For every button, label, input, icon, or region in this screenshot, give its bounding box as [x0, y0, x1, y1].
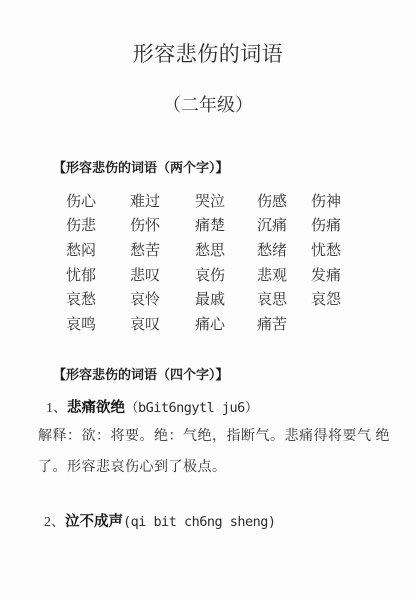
- word-item: 哭泣: [195, 190, 257, 211]
- document-page: 形容悲伤的词语 （二年级） 【形容悲伤的词语（两个字）】 伤心 难过 哭泣 伤感…: [0, 0, 416, 600]
- word-item: 痛苦: [257, 313, 311, 334]
- word-item: 难过: [130, 190, 195, 211]
- idiom-word: 泣不成声: [65, 514, 123, 530]
- word-item: 哀怨: [311, 288, 341, 309]
- word-item: 发痛: [311, 264, 341, 285]
- word-item: 痛楚: [195, 214, 257, 235]
- word-row: 哀鸣 哀叹 痛心 痛苦: [66, 311, 341, 336]
- word-item: 忧愁: [311, 239, 341, 260]
- idiom-explanation: 解释：欲：将要。绝：气绝，指断气。悲痛得将要气 绝了。形容悲哀伤心到了极点。: [38, 421, 396, 483]
- idiom-entry-2: 2、泣不成声(qi bit ch6ng sheng): [44, 510, 276, 531]
- idiom-pinyin: （bGit6ngytl ju6）: [125, 400, 258, 416]
- word-item: 伤心: [66, 190, 130, 211]
- word-row: 伤悲 伤怀 痛楚 沉痛 伤痛: [66, 213, 341, 238]
- word-row: 愁闷 愁苦 愁思 愁绪 忧愁: [66, 237, 341, 262]
- idiom-entry-1: 1、悲痛欲绝（bGit6ngytl ju6）: [46, 396, 258, 417]
- word-item: 伤痛: [311, 214, 341, 235]
- idiom-word: 悲痛欲绝: [67, 400, 125, 416]
- word-item: 伤感: [257, 190, 311, 211]
- word-item: 哀怜: [130, 288, 195, 309]
- section-heading-four-char: 【形容悲伤的词语（四个字）】: [53, 364, 229, 383]
- word-item: 愁思: [195, 239, 257, 260]
- word-item: 哀愁: [66, 288, 130, 309]
- word-item: 哀鸣: [66, 313, 130, 334]
- word-row: 忧郁 悲叹 哀伤 悲观 发痛: [66, 262, 341, 287]
- word-item: 伤悲: [66, 214, 130, 235]
- idiom-number: 1、: [46, 401, 67, 416]
- word-item: 痛心: [195, 313, 257, 334]
- word-row: 哀愁 哀怜 最戚 哀思 哀怨: [66, 286, 341, 311]
- word-item: 伤神: [311, 190, 341, 211]
- word-item: 哀叹: [130, 313, 195, 334]
- word-item: 愁闷: [66, 239, 130, 260]
- word-item: 哀思: [257, 288, 311, 309]
- page-title: 形容悲伤的词语: [0, 38, 416, 68]
- page-subtitle: （二年级）: [0, 91, 416, 117]
- word-item: 愁绪: [257, 239, 311, 260]
- word-item: 悲观: [257, 264, 311, 285]
- word-item: 悲叹: [130, 264, 195, 285]
- word-item: 愁苦: [130, 239, 195, 260]
- two-char-word-grid: 伤心 难过 哭泣 伤感 伤神 伤悲 伤怀 痛楚 沉痛 伤痛 愁闷 愁苦 愁思 愁…: [66, 188, 341, 336]
- word-item: 忧郁: [66, 264, 130, 285]
- word-row: 伤心 难过 哭泣 伤感 伤神: [66, 188, 341, 213]
- word-item: 哀伤: [195, 264, 257, 285]
- word-item: 最戚: [195, 288, 257, 309]
- section-heading-two-char: 【形容悲伤的词语（两个字）】: [53, 157, 229, 176]
- word-item: 沉痛: [257, 214, 311, 235]
- idiom-pinyin: (qi bit ch6ng sheng): [123, 514, 276, 530]
- word-item: 伤怀: [130, 214, 195, 235]
- idiom-number: 2、: [44, 515, 65, 530]
